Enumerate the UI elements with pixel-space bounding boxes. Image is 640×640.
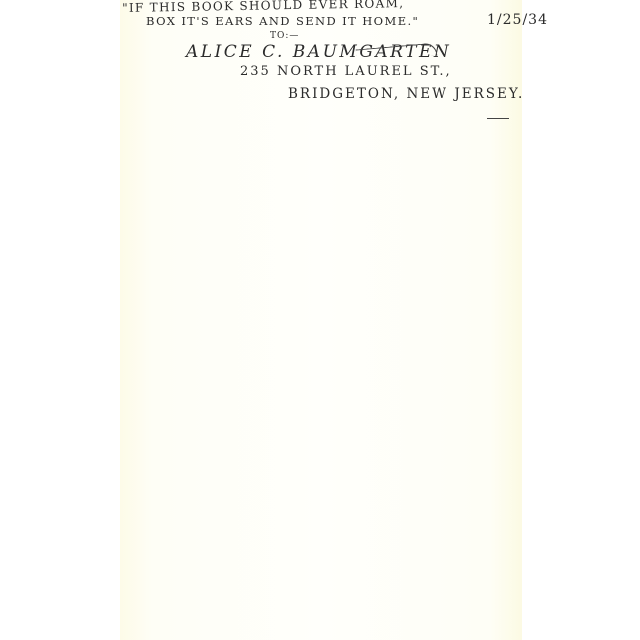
owner-street: 235 NORTH LAUREL ST., [240,64,452,79]
owner-city: BRIDGETON, NEW JERSEY. [288,86,524,102]
city-flourish [487,118,509,119]
rhyme-line-2: BOX IT'S EARS AND SEND IT HOME." [146,14,419,28]
inscription-date: 1/25/34 [487,12,548,28]
to-label: TO:— [270,31,299,41]
